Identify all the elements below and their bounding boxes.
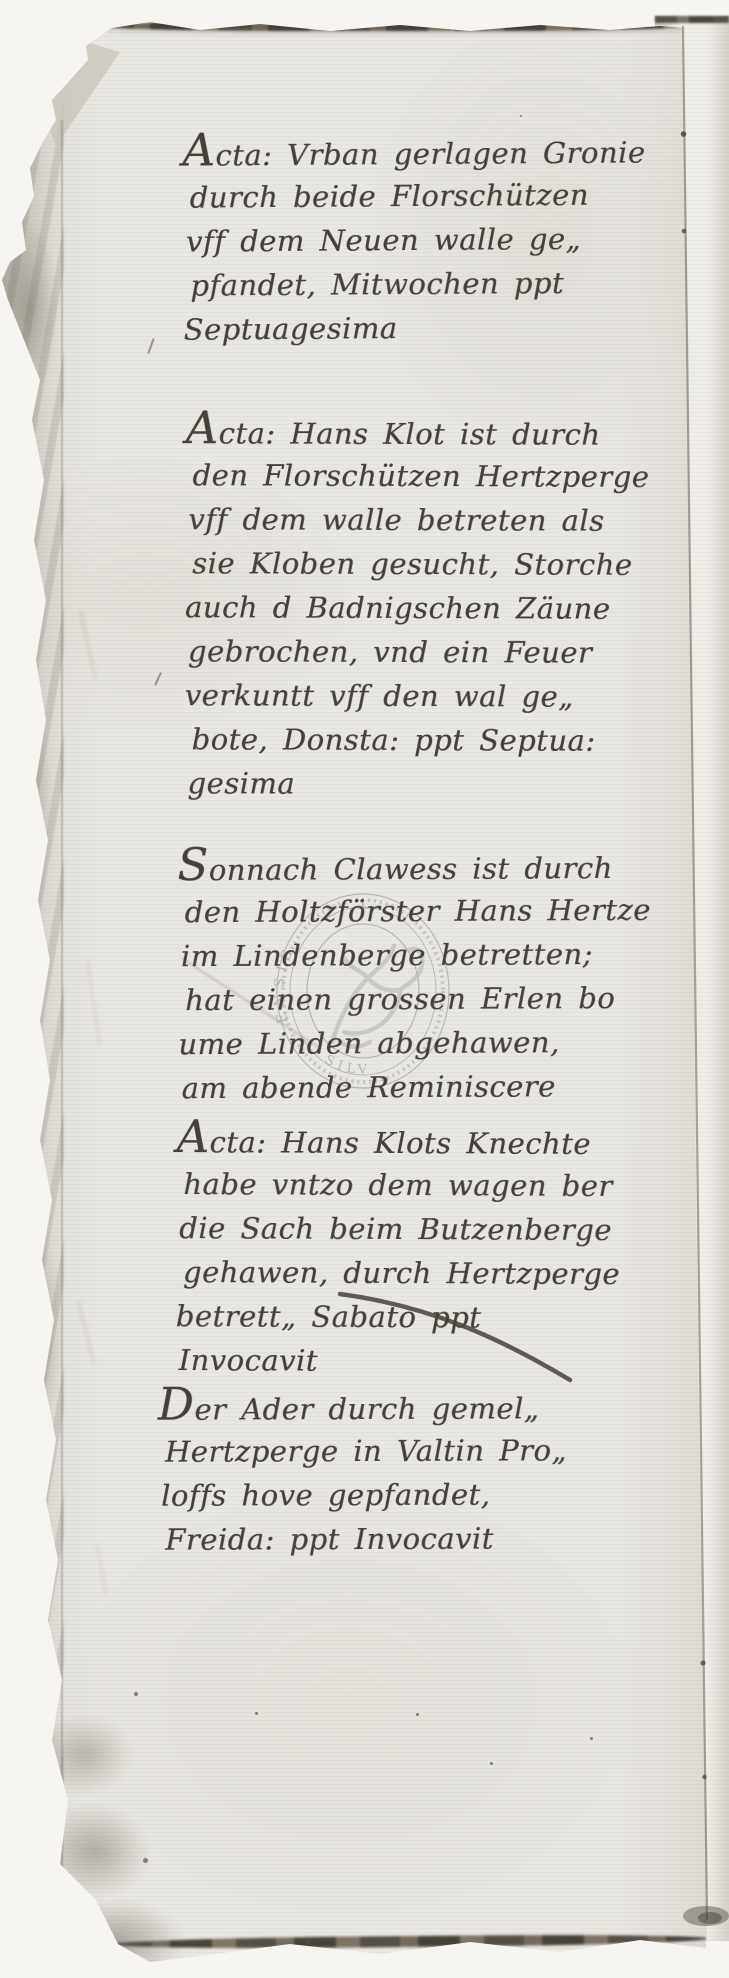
manuscript-line: habe vntzo dem wagen ber xyxy=(183,1167,620,1213)
entry-2: Acta: Hans Klot ist durch den Florschütz… xyxy=(184,414,649,812)
manuscript-line: im Lindenberge betretten; xyxy=(181,937,651,983)
manuscript-line: auch d Badnigschen Zäune xyxy=(185,590,649,636)
entry-1: Acta: Vrban gerlagen Gronie durch beide … xyxy=(182,133,647,356)
manuscript-line: vff dem Neuen walle ge„ xyxy=(186,221,646,268)
entry-3: Sonnach Clawess ist durch den Holtzförst… xyxy=(177,849,652,1115)
manuscript-line: den Holtzförster Hans Hertze xyxy=(185,893,651,939)
manuscript-line: Der Ader durch gemel„ xyxy=(158,1389,567,1434)
manuscript-line: den Florschützen Hertzperge xyxy=(192,458,649,504)
manuscript-text: Acta: Vrban gerlagen Gronie durch beide … xyxy=(0,0,729,1978)
entry-4: Acta: Hans Klots Knechte habe vntzo dem … xyxy=(175,1123,620,1389)
manuscript-line: Acta: Vrban gerlagen Gronie xyxy=(182,133,645,180)
manuscript-line: gesima xyxy=(187,766,648,812)
manuscript-line: ume Linden abgehawen, xyxy=(178,1025,651,1071)
manuscript-line: hat einen grossen Erlen bo xyxy=(185,981,651,1027)
manuscript-line: Septuagesima xyxy=(183,309,646,356)
manuscript-line: Acta: Hans Klots Knechte xyxy=(176,1123,620,1169)
manuscript-line: Acta: Hans Klot ist durch xyxy=(186,414,650,460)
manuscript-line: vff dem walle betreten als xyxy=(188,502,649,548)
scanned-page: ENSIS SILV Acta: Vrban gerlagen Gronie xyxy=(0,0,729,1978)
manuscript-line: am abende Reminiscere xyxy=(181,1069,651,1115)
manuscript-line: verkuntt vff den wal ge„ xyxy=(185,678,649,724)
manuscript-line: betrett„ Sabato ppt xyxy=(176,1299,620,1345)
manuscript-line: Hertzperge in Valtin Pro„ xyxy=(165,1433,567,1478)
entry-5: Der Ader durch gemel„ Hertzperge in Valt… xyxy=(158,1389,568,1566)
manuscript-line: bote, Donsta: ppt Septua: xyxy=(191,722,648,768)
manuscript-line: Freida: ppt Invocavit xyxy=(165,1521,567,1566)
manuscript-line: die Sach beim Butzenberge xyxy=(179,1211,620,1257)
manuscript-line: gehawen, durch Hertzperge xyxy=(183,1255,620,1301)
manuscript-line: durch beide Florschützen xyxy=(190,177,646,224)
manuscript-line: Invocavit xyxy=(178,1343,619,1389)
manuscript-line: Sonnach Clawess ist durch xyxy=(177,849,650,895)
manuscript-line: sie Kloben gesucht, Storche xyxy=(192,546,649,592)
manuscript-line: loffs hove gepfandet, xyxy=(161,1477,567,1522)
manuscript-line: gebrochen, vnd ein Feuer xyxy=(188,634,649,680)
manuscript-line: pfandet, Mitwochen ppt xyxy=(190,265,646,312)
